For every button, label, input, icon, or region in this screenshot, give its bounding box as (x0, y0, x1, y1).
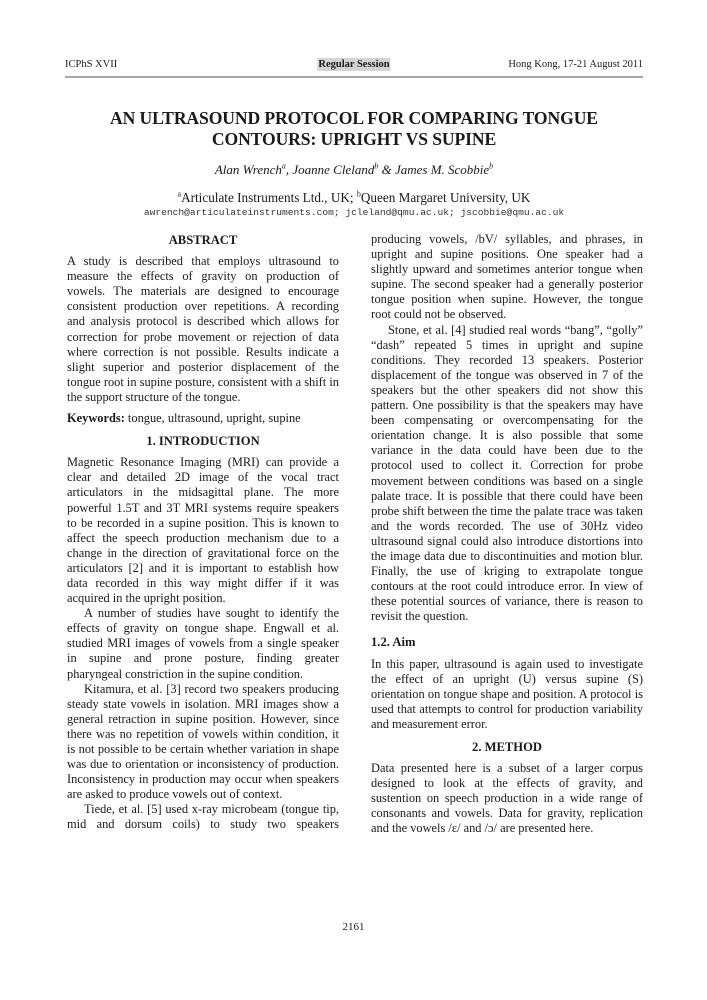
paper-title: AN ULTRASOUND PROTOCOL FOR COMPARING TON… (60, 108, 648, 150)
keywords-list: tongue, ultrasound, upright, supine (125, 411, 301, 425)
right-column: producing vowels, /bV/ syllables, and ph… (371, 232, 643, 837)
method-text: Data presented here is a subset of a lar… (371, 761, 643, 836)
running-header: ICPhS XVII Regular Session Hong Kong, 17… (65, 58, 643, 78)
left-column: ABSTRACT A study is described that emplo… (67, 233, 339, 833)
author-affil-mark: b (489, 162, 493, 171)
author-name: Joanne Cleland (292, 162, 374, 177)
aim-heading: 1.2. Aim (371, 635, 643, 650)
aim-text: In this paper, ultrasound is again used … (371, 657, 643, 732)
intro-paragraph: Magnetic Resonance Imaging (MRI) can pro… (67, 455, 339, 606)
keywords: Keywords: tongue, ultrasound, upright, s… (67, 411, 339, 426)
affiliation-a: Articulate Instruments Ltd., UK; (181, 190, 357, 205)
intro-paragraph: A number of studies have sought to ident… (67, 606, 339, 681)
author-name: Alan Wrench (215, 162, 282, 177)
affiliation-b: Queen Margaret University, UK (361, 190, 531, 205)
page-number: 2161 (0, 921, 707, 933)
title-line-1: AN ULTRASOUND PROTOCOL FOR COMPARING TON… (60, 108, 648, 129)
conference-name: ICPhS XVII (65, 59, 117, 70)
author-name: James M. Scobbie (395, 162, 489, 177)
intro-paragraph-continued: Tiede, et al. [5] used x-ray microbeam (… (67, 802, 339, 832)
intro-paragraph-continuation: producing vowels, /bV/ syllables, and ph… (371, 232, 643, 323)
abstract-text: A study is described that employs ultras… (67, 254, 339, 405)
author-separator: & (378, 162, 395, 177)
method-heading: 2. METHOD (371, 740, 643, 755)
title-line-2: CONTOURS: UPRIGHT VS SUPINE (60, 129, 648, 150)
keywords-label: Keywords: (67, 411, 125, 425)
session-label: Regular Session (317, 58, 390, 71)
affiliations: aArticulate Instruments Ltd., UK; bQueen… (60, 190, 648, 206)
intro-paragraph: Kitamura, et al. [3] record two speakers… (67, 682, 339, 803)
conference-location-date: Hong Kong, 17-21 August 2011 (508, 59, 643, 70)
introduction-heading: 1. INTRODUCTION (67, 434, 339, 449)
intro-paragraph: Stone, et al. [4] studied real words “ba… (371, 323, 643, 625)
abstract-heading: ABSTRACT (67, 233, 339, 248)
author-list: Alan Wrencha, Joanne Clelandb & James M.… (60, 162, 648, 178)
author-emails: awrench@articulateinstruments.com; jclel… (60, 207, 648, 218)
